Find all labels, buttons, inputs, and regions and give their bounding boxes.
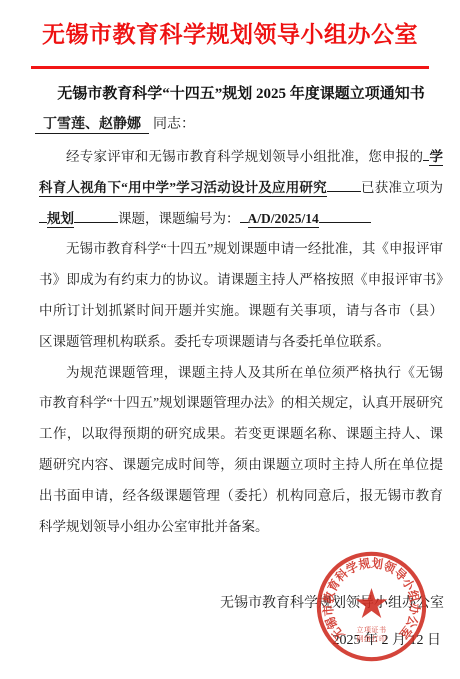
stamp-label-line2: 网络打印 [356,634,386,643]
notice-body: 经专家评审和无锡市教育科学规划领导小组批准，您申报的学科育人视角下“用中学”学习… [39,142,443,542]
project-category: 规划 [47,211,74,228]
paragraph-approval: 经专家评审和无锡市教育科学规划领导小组批准，您申报的学科育人视角下“用中学”学习… [39,142,443,234]
blank-underline [327,177,361,192]
paragraph-regulations: 为规范课题管理，课题主持人及其所在单位须严格执行《无锡市教育科学“十四五”规划课… [39,358,443,543]
notice-title: 无锡市教育科学“十四五”规划 2025 年度课题立项通知书 [39,84,443,105]
notice-document: 无锡市教育科学规划领导小组办公室 无锡市教育科学“十四五”规划 2025 年度课… [0,0,460,679]
blank-underline [39,208,47,223]
project-number: A/D/2025/14 [248,211,319,228]
recipient-names: 丁雪莲、赵静娜 [35,117,149,134]
stamp-star-icon [356,588,388,618]
stamp-label-line1: 立项证书 [356,625,386,634]
issuing-org-title: 无锡市教育科学规划领导小组办公室 [8,20,452,50]
salutation-line: 丁雪莲、赵静娜同志： [35,112,443,138]
blank-underline [240,208,248,223]
blank-underline [74,208,118,223]
p1-tail-text: 课题，课题编号为： [118,211,240,226]
paragraph-agreement: 无锡市教育科学“十四五”规划课题申请一经批准，其《申报评审书》即成为有约束力的协… [39,234,443,357]
stamp-svg: 无锡市教育科学规划领导小组办公室 立项证书 网络打印 [313,548,430,665]
header-divider [31,66,429,69]
salutation-suffix: 同志： [153,117,195,132]
p1-lead-text: 经专家评审和无锡市教育科学规划领导小组批准，您申报的 [66,149,423,164]
blank-underline [319,208,371,223]
p1-mid-text: 已获准立项为 [361,180,443,195]
official-stamp: 无锡市教育科学规划领导小组办公室 立项证书 网络打印 [313,548,430,665]
